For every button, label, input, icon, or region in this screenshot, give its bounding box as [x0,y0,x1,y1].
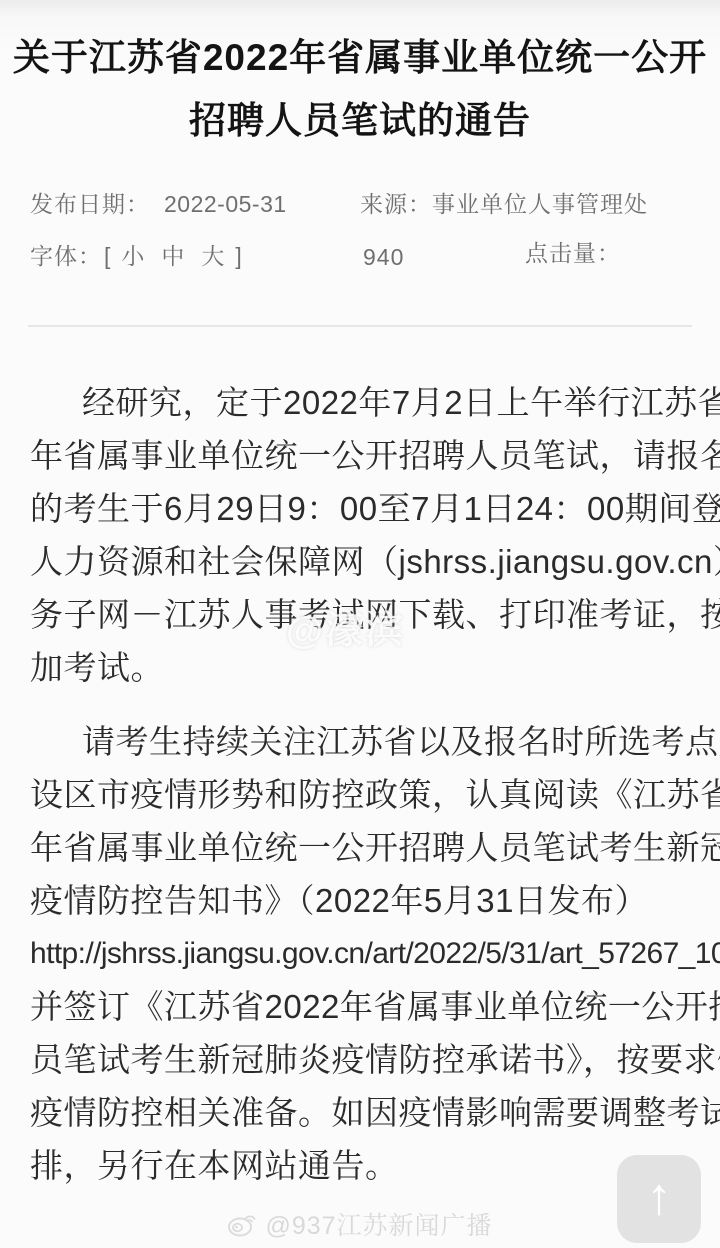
body-line: 年省属事业单位统一公开招聘人员笔试考生新冠肺炎 [30,821,692,874]
body-line: 疫情防控相关准备。如因疫情影响需要调整考试安 [30,1086,692,1139]
font-size-option-large[interactable]: 大 [201,243,225,269]
font-size-label: 字体： [30,243,102,269]
font-bracket-close: ] [235,243,242,269]
hit-count-label: 点击量： [525,235,621,268]
source-value: 事业单位人事管理处 [432,191,648,217]
body-line: 请考生持续关注江苏省以及报名时所选考点所在 [30,715,692,768]
page-title-line1: 关于江苏省2022年省属事业单位统一公开 [0,26,720,89]
body-line: 并签订《江苏省2022年省属事业单位统一公开招聘人 [30,980,692,1033]
page-title-line2: 招聘人员笔试的通告 [0,89,720,152]
body-line: 加考试。 [30,641,692,694]
hit-count-value: 940 [363,244,404,271]
font-bracket-open: [ [104,243,111,269]
publish-date: 发布日期：2022-05-31 [30,186,287,219]
source-label: 来源： [360,191,432,217]
page-title: 关于江苏省2022年省属事业单位统一公开 招聘人员笔试的通告 [0,26,720,152]
body-line: 年省属事业单位统一公开招聘人员笔试，请报名成功 [30,429,692,482]
font-size-selector: 字体：[小中大] [30,238,245,271]
back-to-top-button[interactable]: ↑ [617,1155,701,1243]
body-line: 排，另行在本网站通告。 [30,1139,692,1192]
body-line: 的考生于6月29日9：00至7月1日24：00期间登录江苏省 [30,482,692,535]
font-size-option-medium[interactable]: 中 [161,243,185,269]
body-line: 经研究，定于2022年7月2日上午举行江苏省2022 [30,376,692,429]
paragraph-1: 经研究，定于2022年7月2日上午举行江苏省2022年省属事业单位统一公开招聘人… [30,376,692,694]
body-line: 人力资源和社会保障网（jshrss.jiangsu.gov.cn）的业 [30,535,692,588]
body-line: 疫情防控告知书》（2022年5月31日发布） [30,874,692,927]
publish-date-value: 2022-05-31 [164,191,287,217]
body-line: http://jshrss.jiangsu.gov.cn/art/2022/5/… [30,927,692,980]
divider-line [28,325,692,327]
bottom-watermark: @937江苏新闻广播 [0,1206,720,1242]
up-arrow-icon: ↑ [646,1171,672,1223]
source: 来源：事业单位人事管理处 [360,186,648,219]
weibo-icon [227,1211,257,1237]
body-line: 员笔试考生新冠肺炎疫情防控承诺书》，按要求做好 [30,1033,692,1086]
bottom-watermark-text: @937江苏新闻广播 [265,1206,492,1242]
font-size-option-small[interactable]: 小 [121,243,145,269]
body-line: 务子网－江苏人事考试网下载、打印准考证，按时参 [30,588,692,641]
announcement-page: 关于江苏省2022年省属事业单位统一公开 招聘人员笔试的通告 发布日期：2022… [0,0,720,1248]
article-body: 经研究，定于2022年7月2日上午举行江苏省2022年省属事业单位统一公开招聘人… [30,376,692,1192]
paragraph-2: 请考生持续关注江苏省以及报名时所选考点所在设区市疫情形势和防控政策，认真阅读《江… [30,715,692,1192]
publish-date-label: 发布日期： [30,191,150,217]
body-line: 设区市疫情形势和防控政策，认真阅读《江苏省2022 [30,768,692,821]
